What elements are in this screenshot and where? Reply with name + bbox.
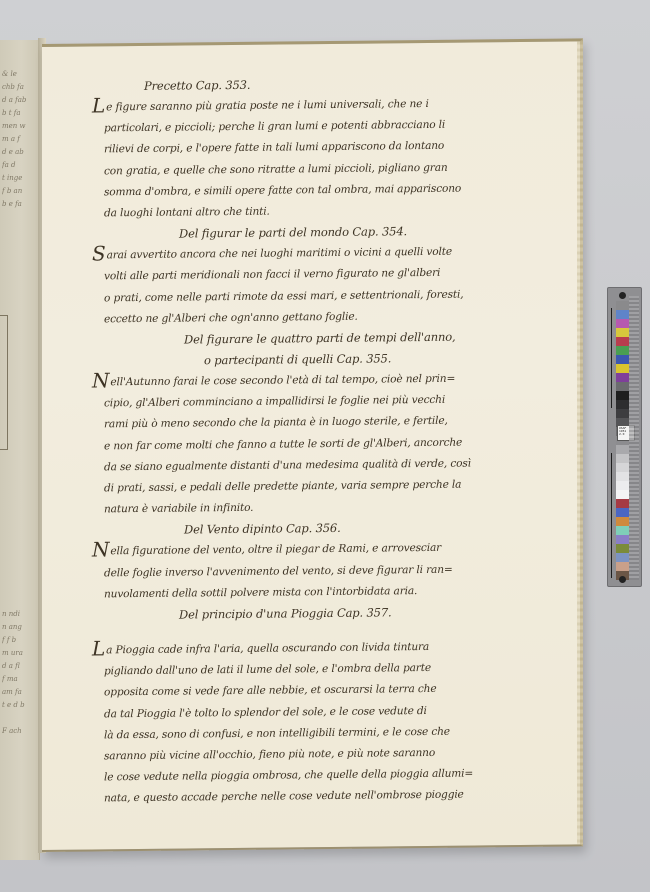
decorated-initial: L — [92, 93, 105, 117]
color-patch — [616, 337, 629, 346]
color-patch — [616, 373, 629, 382]
facing-page-drawing — [0, 315, 8, 450]
color-patch — [616, 535, 629, 544]
manuscript-text: Precetto Cap. 353.Le figure saranno più … — [104, 72, 544, 810]
color-patch — [616, 472, 629, 481]
color-patch — [616, 526, 629, 535]
color-patch — [616, 310, 629, 319]
color-patch — [616, 445, 629, 454]
decorated-initial: N — [92, 538, 109, 562]
manuscript-page: Precetto Cap. 353.Le figure saranno più … — [42, 38, 583, 852]
color-patch — [616, 400, 629, 409]
color-patch — [616, 346, 629, 355]
color-patch — [616, 328, 629, 337]
decorated-initial: N — [92, 368, 109, 392]
color-patch — [616, 364, 629, 373]
color-patch — [616, 562, 629, 571]
manuscript-line: nata, e questo accade perche nelle cose … — [104, 784, 544, 810]
color-patch — [616, 301, 629, 310]
facing-page-text-bottom: n ndi n ang f f b m ura d a fl f ma am f… — [2, 608, 36, 738]
color-patch — [616, 490, 629, 499]
color-patch — [616, 463, 629, 472]
color-patch — [616, 544, 629, 553]
color-patches-top — [616, 301, 629, 445]
color-patch — [616, 391, 629, 400]
facing-page-verso: & le chb fa d a fab b t fa men w m a f d… — [0, 40, 40, 860]
color-patch — [616, 409, 629, 418]
color-patch — [616, 319, 629, 328]
scale-rule-bottom — [611, 453, 612, 578]
gray-scale-ticks — [629, 296, 639, 580]
color-patch — [616, 517, 629, 526]
color-patch — [616, 499, 629, 508]
color-patches-bottom — [616, 445, 629, 580]
mount-hole-bottom — [619, 576, 626, 583]
color-calibration-target: USAF 1951 2.0 — [607, 287, 642, 587]
color-patch — [616, 355, 629, 364]
decorated-initial: L — [92, 636, 105, 660]
color-patch — [616, 481, 629, 490]
facing-page-text-top: & le chb fa d a fab b t fa men w m a f d… — [2, 68, 36, 211]
mount-hole-top — [619, 292, 626, 299]
color-patch — [616, 382, 629, 391]
color-patch — [616, 454, 629, 463]
scale-rule-top — [611, 308, 612, 408]
color-patch — [616, 553, 629, 562]
color-patch — [616, 508, 629, 517]
decorated-initial: S — [92, 242, 106, 266]
